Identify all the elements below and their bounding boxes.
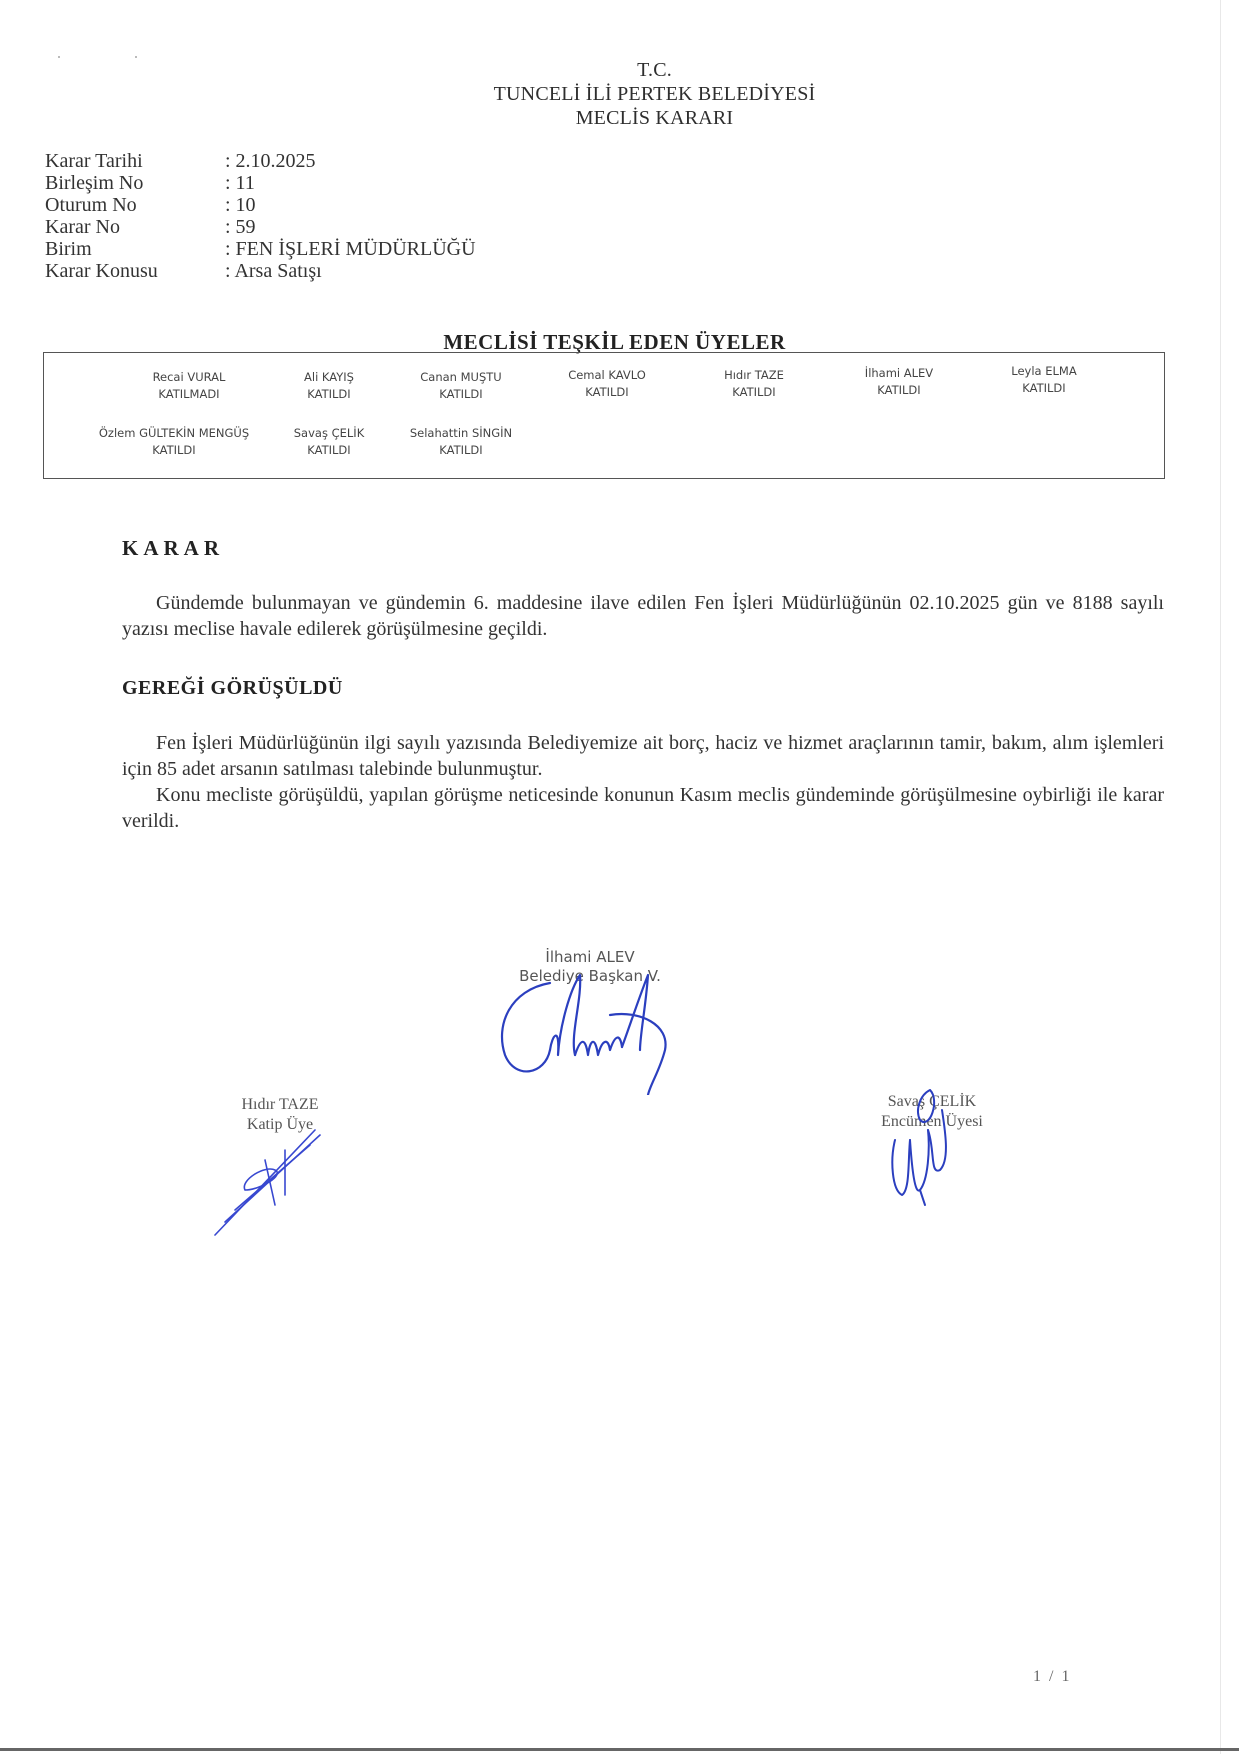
page-edge bbox=[1220, 0, 1221, 1754]
decision-body: Fen İşleri Müdürlüğünün ilgi sayılı yazı… bbox=[122, 730, 1164, 834]
header-doc-type: MECLİS KARARI bbox=[70, 106, 1239, 130]
member-cell: Cemal KAVLOKATILDI bbox=[522, 367, 692, 401]
meta-row-subject: Karar Konusu: Arsa Satışı bbox=[45, 260, 476, 282]
page-bottom-border bbox=[0, 1748, 1239, 1751]
decision-metadata: Karar Tarihi: 2.10.2025 Birleşim No: 11 … bbox=[45, 150, 476, 282]
committee-signature-icon bbox=[880, 1080, 970, 1210]
header-municipality: TUNCELİ İLİ PERTEK BELEDİYESİ bbox=[70, 82, 1239, 106]
meta-row-sitting: Oturum No: 10 bbox=[45, 194, 476, 216]
clerk-signature-icon bbox=[205, 1110, 335, 1240]
paragraph-resolution: Konu mecliste görüşüldü, yapılan görüşme… bbox=[122, 782, 1164, 834]
member-cell: Selahattin SİNGİNKATILDI bbox=[376, 425, 546, 459]
header-tc: T.C. bbox=[70, 58, 1239, 82]
karar-heading: KARAR bbox=[122, 536, 224, 561]
page-number: 1 / 1 bbox=[1033, 1668, 1071, 1686]
member-cell: Leyla ELMAKATILDI bbox=[959, 363, 1129, 397]
meta-row-session: Birleşim No: 11 bbox=[45, 172, 476, 194]
meta-row-unit: Birim: FEN İŞLERİ MÜDÜRLÜĞÜ bbox=[45, 238, 476, 260]
meta-row-date: Karar Tarihi: 2.10.2025 bbox=[45, 150, 476, 172]
decision-intro: Gündemde bulunmayan ve gündemin 6. madde… bbox=[122, 590, 1164, 642]
paragraph-intro: Gündemde bulunmayan ve gündemin 6. madde… bbox=[122, 590, 1164, 642]
document-header: T.C. TUNCELİ İLİ PERTEK BELEDİYESİ MECLİ… bbox=[0, 58, 1239, 130]
members-table: Recai VURALKATILMADI Ali KAYIŞKATILDI Ca… bbox=[43, 352, 1165, 479]
member-cell: Canan MUŞTUKATILDI bbox=[376, 369, 546, 403]
meta-row-decision-no: Karar No: 59 bbox=[45, 216, 476, 238]
geregi-heading: GEREĞİ GÖRÜŞÜLDÜ bbox=[122, 677, 343, 700]
mayor-signature-icon bbox=[490, 955, 720, 1095]
paragraph-request: Fen İşleri Müdürlüğünün ilgi sayılı yazı… bbox=[122, 730, 1164, 782]
